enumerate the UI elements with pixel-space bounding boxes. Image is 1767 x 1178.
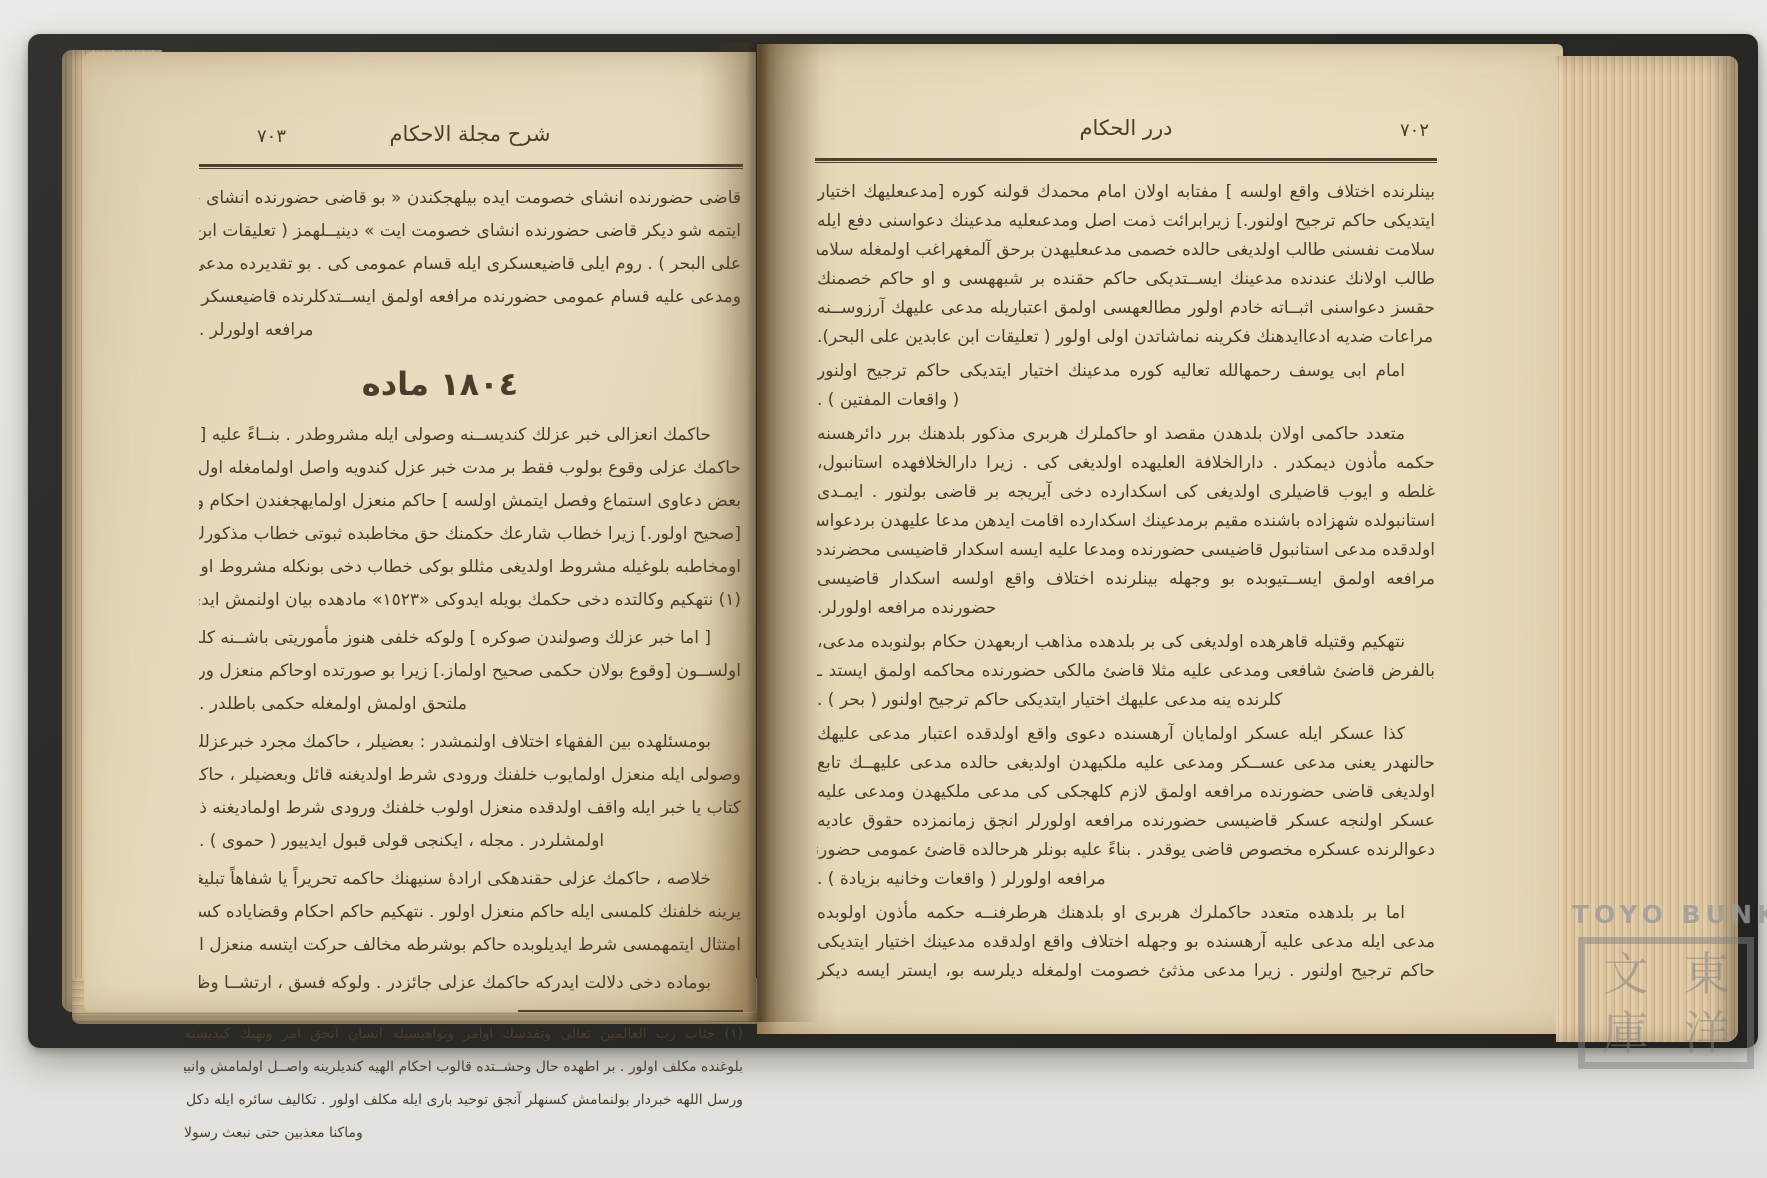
text-line: متعدد حاكمى اولان بلدهدن مقصد او حاكملرك…	[817, 420, 1435, 449]
paragraph: بينلرنده اختلاف واقع اولسه ] مفتابه اولا…	[817, 178, 1435, 352]
text-line: ورسل اللهه خبردار بولنمامش كسنهلر آنجق ت…	[184, 1084, 743, 1117]
right-body: بينلرنده اختلاف واقع اولسه ] مفتابه اولا…	[817, 178, 1435, 986]
text-line: [صحيح اولور.] زيرا خطاب شارعك حكمنك حق م…	[199, 518, 741, 551]
text-line: امام ابى يوسف رحمهالله تعاليه كوره مدعين…	[817, 357, 1435, 386]
paragraph: بوماده دخى دلالت ايدركه حاكمك عزلى جائزد…	[199, 967, 741, 1000]
right-page-header: درر الحكام ٧٠٢	[817, 116, 1435, 150]
paragraph: [ اما خبر عزلك وصولندن صوكره ] ولوكه خلف…	[199, 622, 741, 721]
paragraph: خلاصه ، حاكمك عزلى حقندهكى ارادهٔ سنيهنك…	[199, 863, 741, 962]
text-line: امتثال ايتمهمسى شرط ايديلوبده حاكم بوشرط…	[199, 929, 741, 962]
fore-edge-pages	[1556, 56, 1738, 1042]
text-line: على البحر ) . روم ايلى قاضيعسكرى ايله قس…	[199, 248, 741, 281]
text-line: اما بر بلدهده متعدد حاكملرك هربرى او بلد…	[817, 899, 1435, 928]
text-line: مرافعه اولمق ايســتيوبده بو وجهله بينلرن…	[817, 565, 1435, 594]
paragraph: كذا عسكر ايله عسكر اولمايان آرهسنده دعوى…	[817, 720, 1435, 894]
text-line: غلطه و ايوب قاضيلرى اولديغى كى اسكدارده …	[817, 478, 1435, 507]
text-line: حالنهدر يعنى مدعى عســكر ومدعى عليه ملكي…	[817, 749, 1435, 778]
text-line: حكمه مأذون ديمكدر . دارالخلافة العليهده …	[817, 449, 1435, 478]
text-line: بومسئلهده بين الفقهاء اختلاف اولنمشدر : …	[199, 726, 741, 759]
text-line: ملتحق اولمش اولمغله حكمى باطلدر .	[199, 688, 741, 721]
book: ٧٠٣ شرح مجلة الاحكام قاضى حضورنده انشاى …	[28, 34, 1758, 1048]
left-running-title: شرح مجلة الاحكام	[199, 122, 741, 146]
paragraph: قاضى حضورنده انشاى خصومت ايده بيلهجكندن …	[199, 182, 741, 347]
text-line: اولدقده مدعى استانبول قاضيسى حضورنده ومد…	[817, 536, 1435, 565]
text-line: ايتمه شو ديكر قاضى حضورنده انشاى خصومت ا…	[199, 215, 741, 248]
paragraph: نتهكيم وقتيله قاهرهده اولديغى كى بر بلده…	[817, 628, 1435, 715]
left-header-rule	[199, 164, 743, 170]
text-line: حقسز دعواسنى اثبــاته خادم اولور مطالعهس…	[817, 294, 1435, 323]
text-line: اولمشلردر . مجله ، ايكنجى قولى قبول ايدي…	[199, 825, 741, 858]
text-line: (١) نتهكيم وكالتده دخى حكمك بويله ايدوكى…	[199, 584, 741, 617]
text-line: عسكر اولنجه عسكر قاضيسى حضورنده مرافعه ا…	[817, 807, 1435, 836]
right-page: درر الحكام ٧٠٢ بينلرنده اختلاف واقع اولس…	[757, 44, 1563, 1034]
text-line: دعوالرنده عسكره مخصوص قاضى يوقدر . بناءً…	[817, 836, 1435, 865]
text-line: قاضى حضورنده انشاى خصومت ايده بيلهجكندن …	[199, 182, 741, 215]
text-line: بعض دعاوى استماع وفصل ايتمش اولسه ] حاكم…	[199, 485, 741, 518]
left-footnote: (١) جناب رب العالمين تعالى وتقدسك اوامر …	[184, 1018, 743, 1150]
text-line: يرينه خلفنك كلمسى ايله حاكم منعزل اولور …	[199, 896, 741, 929]
left-page: ٧٠٣ شرح مجلة الاحكام قاضى حضورنده انشاى …	[84, 52, 756, 1012]
text-line: ايتديكى حاكم ترجيح اولنور.] زيرابرائت ذم…	[817, 207, 1435, 236]
text-line: (١) جناب رب العالمين تعالى وتقدسك اوامر …	[184, 1018, 743, 1051]
paragraph: امام ابى يوسف رحمهالله تعاليه كوره مدعين…	[817, 357, 1435, 415]
left-body-top: قاضى حضورنده انشاى خصومت ايده بيلهجكندن …	[199, 182, 741, 347]
text-line: بالفرض قاضئ شافعى ومدعى عليه مثلا قاضئ م…	[817, 657, 1435, 686]
right-header-rule	[815, 158, 1437, 164]
text-line: وصولى ايله منعزل اولمايوب خلفنك ورودى شر…	[199, 759, 741, 792]
text-line: حضورنده مرافعه اولورلر.	[817, 594, 1435, 623]
text-line: بينلرنده اختلاف واقع اولسه ] مفتابه اولا…	[817, 178, 1435, 207]
right-page-number: ٧٠٢	[1400, 120, 1429, 141]
text-line: ومدعى عليه قسام عمومى حضورنده مرافعه اول…	[199, 281, 741, 314]
text-line: وماكنا معذبين حتى نبعث رسولا	[184, 1117, 743, 1150]
text-line: سلامت نفسنى طالب اولديغى حالده خصمى مدعى…	[817, 236, 1435, 265]
text-line: اولديغى قاضى حضورنده مرافعه اولمق لازم ك…	[817, 778, 1435, 807]
text-line: طالب اولانك عندنده مدعينك ايســتديكى حاك…	[817, 265, 1435, 294]
photo-backdrop: ٧٠٣ شرح مجلة الاحكام قاضى حضورنده انشاى …	[0, 0, 1767, 1178]
paragraph: متعدد حاكمى اولان بلدهدن مقصد او حاكملرك…	[817, 420, 1435, 623]
text-line: [ اما خبر عزلك وصولندن صوكره ] ولوكه خلف…	[199, 622, 741, 655]
text-line: مدعى ايله مدعى عليه آرهسنده بو وجهله اخت…	[817, 928, 1435, 957]
article-heading: ١٨٠٤ ماده	[244, 361, 636, 407]
text-line: نتهكيم وقتيله قاهرهده اولديغى كى بر بلده…	[817, 628, 1435, 657]
paragraph: حاكمك انعزالى خبر عزلك كنديســنه وصولى ا…	[199, 419, 741, 617]
text-line: مراعات ضديه ادعاايدهنك فكرينه نماشاتدن ا…	[817, 323, 1435, 352]
left-body-main: حاكمك انعزالى خبر عزلك كنديســنه وصولى ا…	[199, 419, 741, 1000]
text-line: كذا عسكر ايله عسكر اولمايان آرهسنده دعوى…	[817, 720, 1435, 749]
text-line: كلرنده ينه مدعى عليهك اختيار ايتديكى حاك…	[817, 686, 1435, 715]
paragraph: بومسئلهده بين الفقهاء اختلاف اولنمشدر : …	[199, 726, 741, 858]
text-line: ( واقعات المفتين ) .	[817, 386, 1435, 415]
paragraph: اما بر بلدهده متعدد حاكملرك هربرى او بلد…	[817, 899, 1435, 986]
text-line: اومخاطبه بلوغيله مشروط اولديغى مثللو بوك…	[199, 551, 741, 584]
text-line: مرافعه اولورلر ( واقعات وخانيه بزيادة ) …	[817, 865, 1435, 894]
text-line: حاكمك عزلى وقوع بولوب فقط بر مدت خبر عزل…	[199, 452, 741, 485]
text-line: حاكم ترجيح اولنور . زيرا مدعى مذثئ خصومت…	[817, 957, 1435, 986]
left-page-header: ٧٠٣ شرح مجلة الاحكام	[199, 122, 741, 156]
text-line: كتاب يا خبر ايله واقف اولدقده منعزل اولو…	[199, 792, 741, 825]
text-line: استانبولده شهزاده باشنده مقيم برمدعينك ا…	[817, 507, 1435, 536]
text-line: مرافعه اولورلر .	[199, 314, 741, 347]
text-line: بوماده دخى دلالت ايدركه حاكمك عزلى جائزد…	[199, 967, 741, 1000]
text-line: بلوغنده مكلف اولور . بر اطهده حال وحشــت…	[184, 1051, 743, 1084]
right-running-title: درر الحكام	[817, 116, 1435, 140]
paragraph: (١) جناب رب العالمين تعالى وتقدسك اوامر …	[184, 1018, 743, 1150]
text-line: اولســون [وقوع بولان حكمى صحيح اولماز.] …	[199, 655, 741, 688]
footnote-rule	[518, 1010, 743, 1012]
text-line: حاكمك انعزالى خبر عزلك كنديســنه وصولى ا…	[199, 419, 741, 452]
text-line: خلاصه ، حاكمك عزلى حقندهكى ارادهٔ سنيهنك…	[199, 863, 741, 896]
